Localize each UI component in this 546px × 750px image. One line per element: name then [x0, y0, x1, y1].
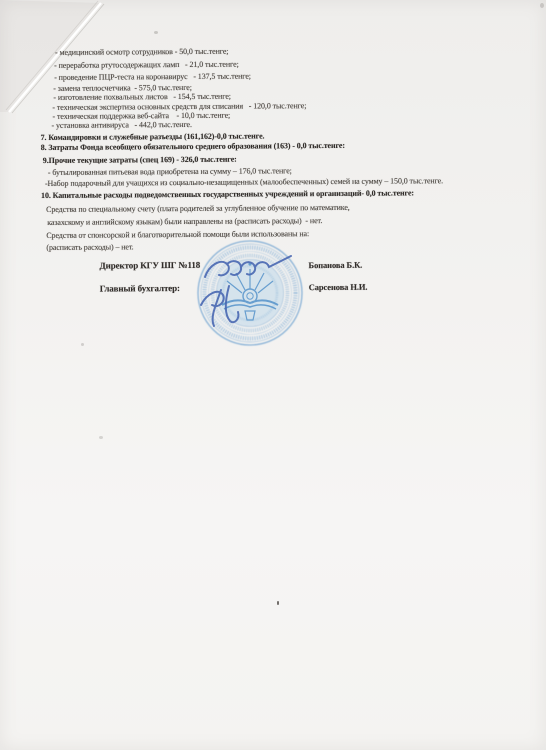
dust-speck	[154, 31, 158, 34]
section-item-9: 9.Прочие текущие затраты (спец 169) - 32…	[43, 154, 237, 164]
expense-line: - проведение ПЦР-теста на коронавирус - …	[54, 72, 251, 82]
dust-speck	[277, 601, 279, 605]
sponsor-paragraph-line: Средства от спонсорской и благотворитель…	[46, 229, 309, 240]
director-name: Бопанова Б.К.	[308, 259, 362, 269]
accountant-title: Главный бухгалтер:	[100, 283, 180, 294]
director-title: Директор КГУ ШГ №118	[99, 260, 200, 271]
special-account-paragraph-line: казахскому и английскому языкам) были на…	[47, 216, 322, 227]
sponsor-paragraph-line: (расписать расходы) – нет.	[46, 242, 133, 252]
expense-line: - медицинский осмотр сотрудников - 50,0 …	[55, 47, 228, 57]
expense-line: - переработка ртутосодержащих ламп - 21,…	[54, 60, 239, 70]
expense-line: - замена теплосчетчика - 575,0 тыс.тенге…	[53, 82, 192, 92]
item-9-subline: -Набор подарочный для учащихся из социал…	[45, 176, 443, 188]
handwritten-signatures	[193, 243, 313, 333]
special-account-paragraph-line: Средства по специальному счету (плата ро…	[46, 203, 350, 214]
item-9-subline: - бутылированная питьевая вода приобрете…	[48, 166, 292, 177]
accountant-name: Сарсенова Н.И.	[309, 282, 368, 292]
dust-speck	[540, 3, 544, 8]
scanned-document-page: - медицинский осмотр сотрудников - 50,0 …	[0, 0, 546, 750]
dust-speck	[81, 343, 84, 346]
expense-line: - установка антивируса - 442,0 тыс.тенге…	[52, 119, 192, 129]
dust-speck	[99, 436, 103, 439]
section-item-10: 10. Капитальные расходы подведомственных…	[41, 188, 414, 200]
section-item-8: 8. Затраты Фонда всеобщего обязательного…	[41, 140, 345, 151]
document-text-block: - медицинский осмотр сотрудников - 50,0 …	[0, 0, 546, 750]
